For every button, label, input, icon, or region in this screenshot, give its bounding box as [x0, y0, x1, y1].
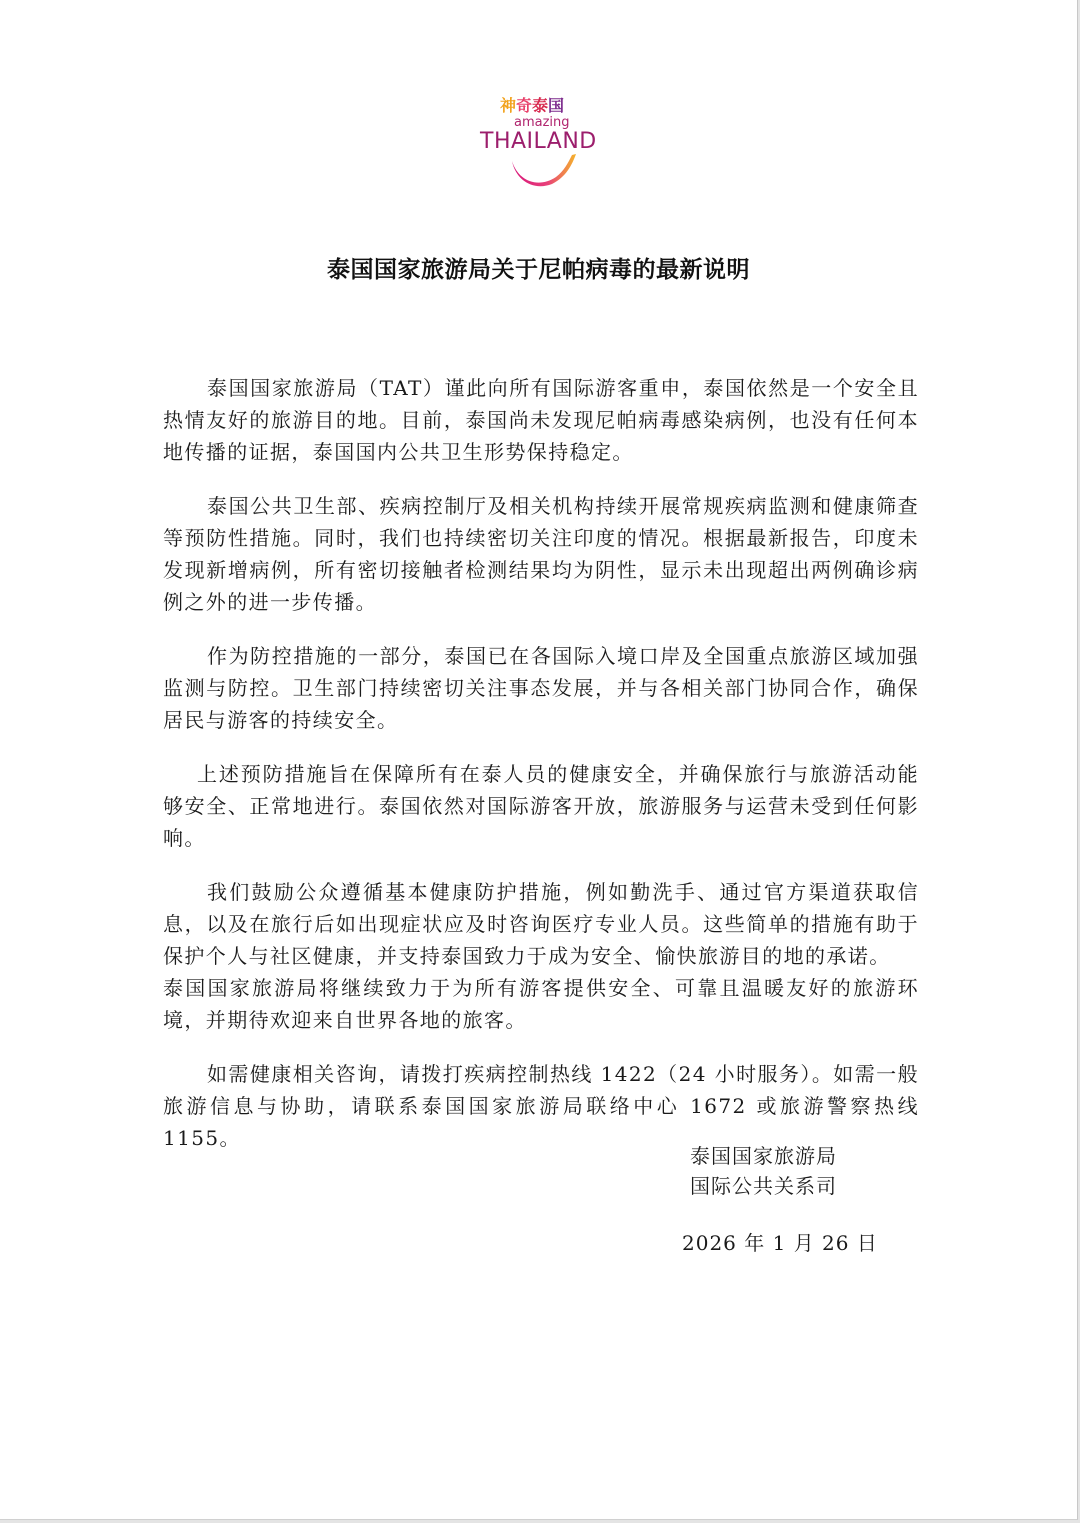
logo-amazing-text: amazing [514, 115, 570, 130]
logo-char-1: 神 [500, 93, 516, 116]
paragraph-2: 泰国公共卫生部、疾病控制厅及相关机构持续开展常规疾病监测和健康筛查等预防性措施。… [163, 490, 919, 618]
document-date: 2026 年 1 月 26 日 [682, 1227, 878, 1256]
document-title: 泰国国家旅游局关于尼帕病毒的最新说明 [0, 251, 1077, 284]
paragraph-4: 上述预防措施旨在保障所有在泰人员的健康安全，并确保旅行与旅游活动能够安全、正常地… [163, 758, 919, 854]
logo-char-2: 奇 [516, 93, 532, 116]
logo-char-3: 泰 [532, 93, 548, 116]
paragraph-3: 作为防控措施的一部分，泰国已在各国际入境口岸及全国重点旅游区域加强监测与防控。卫… [163, 640, 919, 736]
logo-smile-icon [508, 151, 578, 189]
amazing-thailand-logo: 神奇泰国 amazing THAILAND [478, 93, 608, 188]
paragraph-5: 我们鼓励公众遵循基本健康防护措施，例如勤洗手、通过官方渠道获取信息，以及在旅行后… [163, 876, 919, 972]
paragraph-1: 泰国国家旅游局（TAT）谨此向所有国际游客重申，泰国依然是一个安全且热情友好的旅… [163, 372, 919, 468]
paragraph-6: 泰国国家旅游局将继续致力于为所有游客提供安全、可靠且温暖友好的旅游环境，并期待欢… [163, 972, 919, 1036]
document-body: 泰国国家旅游局（TAT）谨此向所有国际游客重申，泰国依然是一个安全且热情友好的旅… [163, 372, 919, 1176]
paragraph-7: 如需健康相关咨询，请拨打疾病控制热线 1422（24 小时服务）。如需一般旅游信… [163, 1058, 919, 1154]
signature-department: 国际公共关系司 [690, 1171, 837, 1201]
signature-block: 泰国国家旅游局 国际公共关系司 [690, 1141, 837, 1201]
logo-char-4: 国 [548, 93, 564, 116]
signature-organization: 泰国国家旅游局 [690, 1141, 837, 1171]
document-page: 神奇泰国 amazing THAILAND 泰国国家旅游局关于尼帕病毒的最新说明… [0, 0, 1078, 1520]
logo-chinese-text: 神奇泰国 [500, 93, 564, 116]
